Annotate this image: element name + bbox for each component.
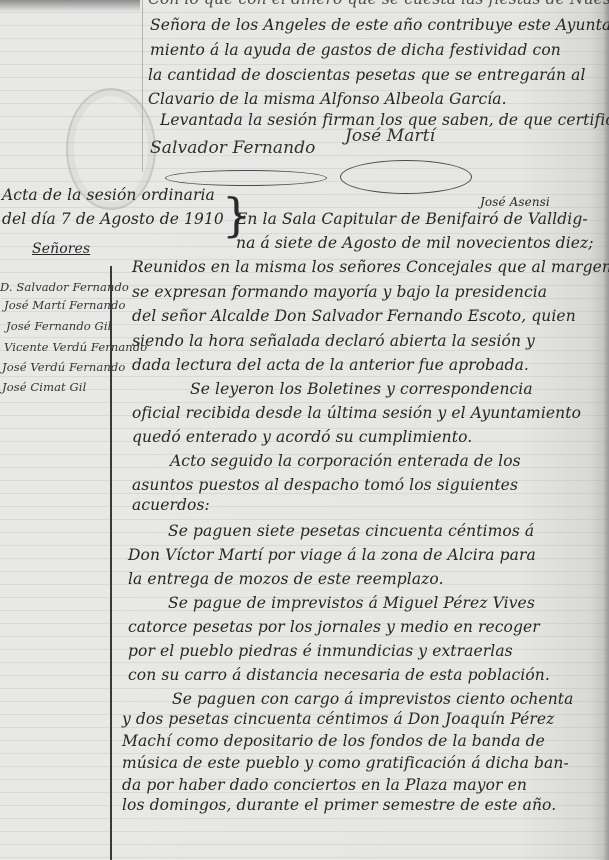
text-line: dada lectura del acta de la anterior fue… [132,358,529,374]
signature-flourish [165,170,327,186]
text-line: Acto seguido la corporación enterada de … [170,454,521,470]
text-line: Se paguen con cargo á imprevistos ciento… [172,692,573,708]
text-line: Se leyeron los Boletines y correspondenc… [190,382,533,398]
attendee: Vicente Verdú Fernando [4,342,147,354]
attendee: José Fernando Gil [6,321,111,333]
text-line: Reunidos en la misma los señores Conceja… [132,260,609,276]
text-line: Don Víctor Martí por viage á la zona de … [128,548,536,564]
margin-rule-ink [110,266,112,860]
text-line: acuerdos: [132,498,210,514]
text-line: miento á la ayuda de gastos de dicha fes… [150,43,561,59]
text-line: se expresan formando mayoría y bajo la p… [132,285,547,301]
attendee: José Cimat Gil [2,382,86,394]
session-date: del día 7 de Agosto de 1910 [2,212,224,228]
attendee: D. Salvador Fernando [0,282,129,294]
text-line: y dos pesetas cincuenta céntimos á Don J… [122,712,554,728]
secretary-signature: José Asensi [480,196,550,208]
text-line: siendo la hora señalada declaró abierta … [132,334,535,350]
text-line: catorce pesetas por los jornales y medio… [128,620,540,636]
text-line: Machí como depositario de los fondos de … [122,734,545,750]
text-line: por el pueblo piedras é inmundicias y ex… [128,644,513,660]
text-line: Clavario de la misma Alfonso Albeola Gar… [148,92,507,108]
scanned-document-page: Con lo que con el dinero que se cuesta l… [0,0,609,860]
text-line: Señora de los Angeles de este año contri… [150,18,609,34]
scan-shadow [0,0,140,12]
text-line: los domingos, durante el primer semestre… [122,798,556,814]
text-line: Se paguen siete pesetas cincuenta céntim… [168,524,534,540]
attendees-label: Señores [32,242,90,256]
signature-mayor: Salvador Fernando [150,140,316,157]
text-line: del señor Alcalde Don Salvador Fernando … [132,309,576,325]
text-line: la cantidad de doscientas pesetas que se… [148,68,586,84]
signature-secretary: José Martí [345,128,435,145]
text-line: asuntos puestos al despacho tomó los sig… [132,478,518,494]
text-line: En la Sala Capitular de Benifairó de Val… [236,212,588,228]
text-line: quedó enterado y acordó su cumplimiento. [132,430,472,446]
text-line: na á siete de Agosto de mil novecientos … [236,236,594,252]
text-line: Se pague de imprevistos á Miguel Pérez V… [168,596,535,612]
text-line: da por haber dado conciertos en la Plaza… [122,778,527,794]
text-line: con su carro á distancia necesaria de es… [128,668,550,684]
page-edge-shadow [603,0,609,860]
text-line: la entrega de mozos de este reemplazo. [128,572,444,588]
signature-flourish [340,160,472,194]
text-line: música de este pueblo y como gratificaci… [122,756,569,772]
session-title: Acta de la sesión ordinaria [2,188,215,204]
text-line: Con lo que con el dinero que se cuesta l… [148,0,609,8]
attendee: José Martí Fernando [4,300,126,312]
text-line: oficial recibida desde la última sesión … [132,406,581,422]
attendee: José Verdú Fernando [2,362,125,374]
